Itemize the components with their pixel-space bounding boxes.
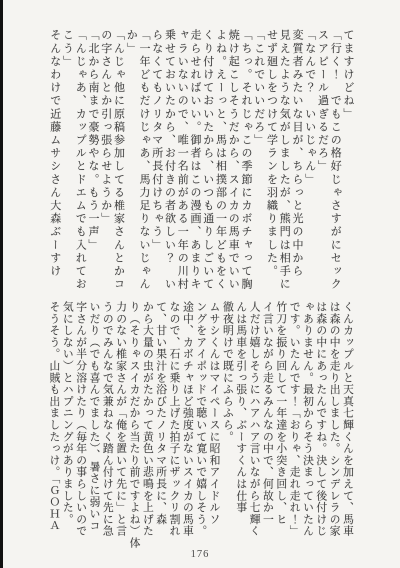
text-column: ャラいないので、唯一名前がある一年の川村 <box>176 29 189 295</box>
book-page: てますけどね」「行く！ でもこの格好じゃさすがにセックスアピール過ぎるだろ」「な… <box>0 0 400 568</box>
text-column: から大量の虫がたかって黄色い悲鳴を上げた <box>141 301 154 551</box>
text-column: なので、石に乗り上げた拍子にザックリ割れ <box>167 301 180 551</box>
text-column: せず廻しをつけて学ランを羽織りました。 <box>265 29 278 295</box>
text-column: 「ちっ。それじゃこの季節にカボチャって胸 <box>239 29 252 295</box>
text-column: んは馬車を引っ張り、ぶーすくんは仕事 <box>234 301 247 551</box>
text-column: 見えたような気がしましたが、熊門は相手に <box>278 29 291 295</box>
text-column: こう」 <box>61 29 74 295</box>
text-column: り（そりゃスイカだから当たり前ですよね）体 <box>127 301 140 551</box>
text-column: スアピール過ぎるだろ」 <box>316 29 329 295</box>
text-column: くんカップルと天真七輝くんを加えて、馬車 <box>341 301 354 551</box>
text-column: 変質者みたいな目が、ちらっと光の中から <box>290 29 303 295</box>
text-column: よね。えーっと、馬は相撲部の一年どもをく <box>214 29 227 295</box>
text-column: は森の中にあったんですね。決して後付けじ <box>314 301 327 551</box>
text-column: か」 <box>125 29 138 295</box>
text-column: です。いたんです！「おりゃ、走れ走れ！」 <box>287 301 300 551</box>
text-column: 「んじゃあ、カップルとドエムでも入れてお <box>74 29 87 295</box>
text-column: て、甘い果汁を浴びたノリタマ所長に、森 <box>154 301 167 551</box>
text-column: うのでみんなで気兼ねなく踏ん付けて先に急 <box>100 301 113 551</box>
text-column: の字さんとか引っ張らせようか」 <box>99 29 112 295</box>
text-column: ゃありません。最初からそう決まっていたん <box>301 301 314 551</box>
bottom-text-block: くんカップルと天真七輝くんを加えて、馬車は森の中を走り出しました。シンデレラの家… <box>46 301 354 551</box>
top-text-block: てますけどね」「行く！ でもこの格好じゃさすがにセックスアピール過ぎるだろ」「な… <box>47 29 354 295</box>
text-column: 字さんが半分溶けたり（毎年の事らしいので <box>74 301 87 551</box>
text-column: 「一年どもだけじゃあ、馬力足りないじゃん <box>137 29 150 295</box>
text-column: らなくてもノリタマ所長付けちゃう」 <box>150 29 163 295</box>
text-column: 途中、カボチャほど強度がないスイカの馬車 <box>181 301 194 551</box>
page-number: 176 <box>0 549 400 560</box>
text-column: ムサシくんはマイペースに昭和アイドルソ <box>207 301 220 551</box>
text-column: そうそう。山賊も出ましたっけ。「ＧＯＨＡ <box>47 301 60 551</box>
scan-edge-shadow <box>0 0 3 568</box>
text-column: は森の中を走り出しました。シンデレラの家 <box>327 301 340 551</box>
text-column: 走らせればいい。御者はこの漫画、あまりキ <box>188 29 201 295</box>
text-column: 力のない椎家さんが「俺を置いて先に」と言 <box>114 301 127 551</box>
text-column: 「北から南まで豪勢やな。もう一声」 <box>86 29 99 295</box>
text-column: 竹刀を振り回して一年達を小突き回し、ヒ <box>274 301 287 551</box>
text-column: イ言いながら走るみんなの中で、何故か一 <box>261 301 274 551</box>
text-column: 人だけ嬉しそうにハアハア言いながら七輝く <box>247 301 260 551</box>
text-column: そんなわけで近藤ムサシさん大森ぶーすけ <box>48 29 61 295</box>
text-column: 気にしない）とハプニングがありました。 <box>60 301 73 551</box>
text-column: 乗せておいたから、お付きの者欲しい？ い <box>163 29 176 295</box>
text-column: 「行く！ でもこの格好じゃさすがにセック <box>329 29 342 295</box>
text-column: ングをアイポッドで聴いて寛いで嬉しそう。 <box>194 301 207 551</box>
text-column: 「んじゃ他に原稿参加してる椎家さんとかコ <box>112 29 125 295</box>
text-column: 徹夜明けで既にふらふら。 <box>221 301 234 551</box>
text-column: てますけどね」 <box>341 29 354 295</box>
text-column: 「なんで？ いいじゃん」 <box>303 29 316 295</box>
text-column: 焼け起こしそうだから、スイカの馬車でいい <box>227 29 240 295</box>
text-column: 「これでいいだろ」 <box>252 29 265 295</box>
text-column: いだり（でも喜んでました）、暑さに弱いコ <box>87 301 100 551</box>
text-column: くり付けておいたから、いつも通りしごいて <box>201 29 214 295</box>
